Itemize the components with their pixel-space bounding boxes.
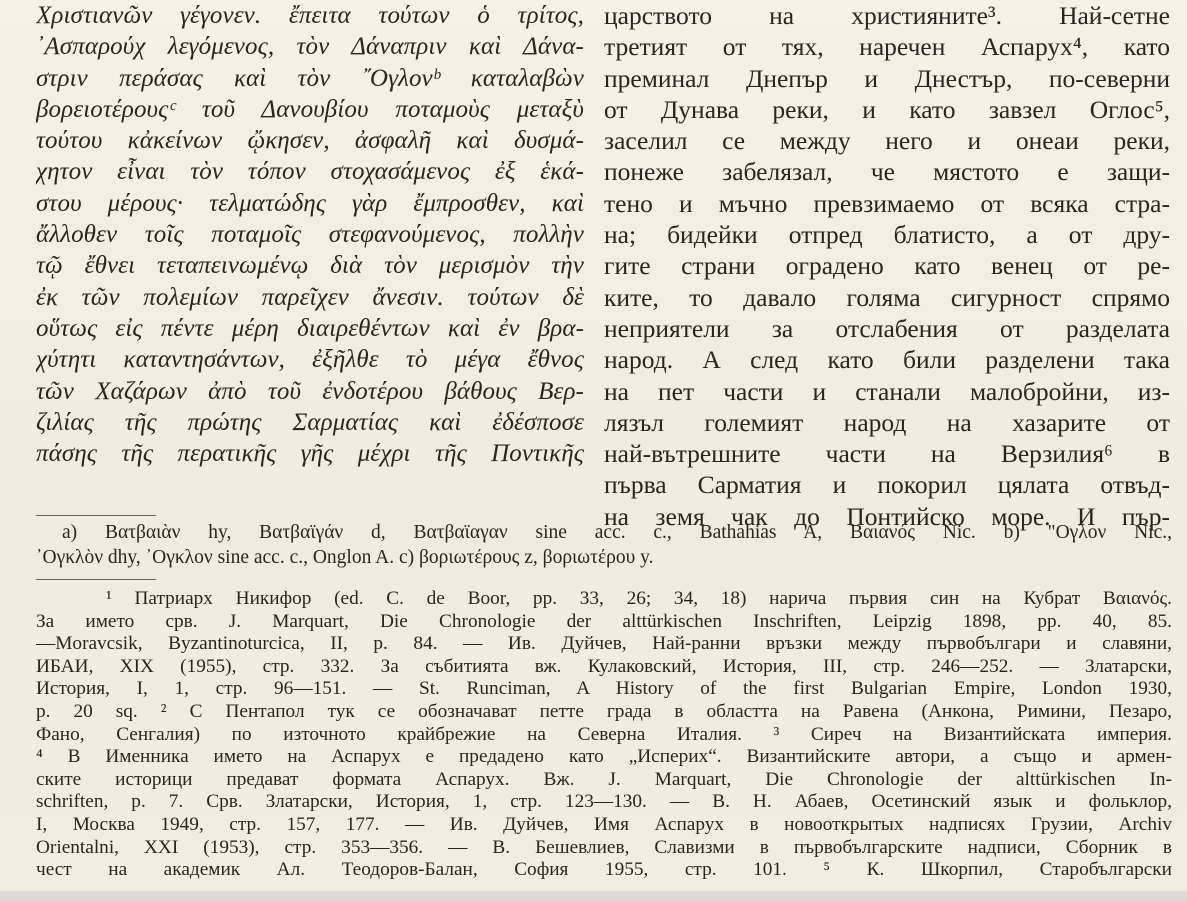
greek-line: τῷ ἔθνει τεταπεινωμένῳ διὰ τὸν μερισμὸν … [36,250,584,281]
greek-line: ἐκ τῶν πολεμίων παρεῖχεν ἄνεσιν. τούτων … [36,282,584,313]
greek-line: τούτου κἀκείνων ᾤκησεν, ἀσφαλῆ καὶ δυσμά… [36,125,584,156]
footnotes-divider [36,579,156,580]
apparatus-line: ᾿Ογκλὸν dhy, ᾿Ογκλον sine acc. c., Onglo… [36,545,1172,570]
footnote-line: История, I, 1, стр. 96—151. — St. Runcim… [36,678,1172,701]
footnote-line: чест на академик Ал. Теодоров-Балан, Соф… [36,859,1172,882]
greek-line: τῶν Χαζάρων ἀπὸ τοῦ ἐνδοτέρου βάθους Βερ… [36,376,584,407]
critical-apparatus: a) Βατβαιὰν hy, Βατβαϊγάν d, Βατβαϊαγαν … [36,520,1172,570]
scan-bottom-edge [0,891,1187,901]
footnote-line: ските историци предават формата Аспарух.… [36,769,1172,792]
bulgarian-line: понеже забелязал, че мястото е защи- [604,156,1170,187]
greek-line: ᾿Ασπαρούχ λεγόμενος, τὸν Δάναπριν καὶ Δά… [36,31,584,62]
bulgarian-line: лязъл големият народ на хазарите от [604,407,1170,438]
greek-text-column: Χριστιανῶν γέγονεν. ἔπειτα τούτων ὁ τρίτ… [36,0,584,469]
footnote-line: p. 20 sq. ² С Пентапол тук се обозначава… [36,701,1172,724]
greek-line: οὕτως εἰς πέντε μέρη διαιρεθέντων καὶ ἐν… [36,313,584,344]
bulgarian-line: ките, то давало голяма сигурност спрямо [604,282,1170,313]
greek-line: ἄλλοθεν τοῖς ποταμοῖς στεφανούμενος, πολ… [36,219,584,250]
bulgarian-line: царството на християните³. Най-сетне [604,0,1170,31]
bulgarian-line: народ. А след като били разделени така [604,344,1170,375]
greek-line: χητον εἶναι τὸν τόπον στοχασάμενος ἐξ ἑκ… [36,156,584,187]
footnote-line: За името срв. J. Marquart, Die Chronolog… [36,611,1172,634]
bulgarian-line: неприятели за отслабения от разделата [604,313,1170,344]
greek-line: χύτητι καταντησάντων, ἐξῆλθε τὸ μέγα ἔθν… [36,344,584,375]
greek-line: πάσης τῆς περατικῆς γῆς μέχρι τῆς Ποντικ… [36,438,584,469]
greek-line: Χριστιανῶν γέγονεν. ἔπειτα τούτων ὁ τρίτ… [36,0,584,31]
footnote-line: ¹ Патриарх Никифор (ed. C. de Boor, pp. … [36,588,1172,611]
bulgarian-line: третият от тях, наречен Аспарух⁴, като [604,31,1170,62]
bulgarian-line: първа Сарматия и покорил цялата отвъд- [604,469,1170,500]
greek-line: ζιλίας τῆς πρώτης Σαρματίας καὶ ἐδέσποσε [36,407,584,438]
bulgarian-line: на; бидейки отпред блатисто, а от дру- [604,219,1170,250]
footnote-line: Orientalni, XXI (1953), стр. 353—356. — … [36,837,1172,860]
bulgarian-line: от Дунава реки, и като завзел Оглос⁵, [604,94,1170,125]
bulgarian-line: преминал Днепър и Днестър, по-северни [604,63,1170,94]
bulgarian-line: на пет части и станали малобройни, из- [604,376,1170,407]
footnote-line: —Moravcsik, Byzantinoturcica, II, p. 84.… [36,633,1172,656]
greek-line: στριν περάσας καὶ τὸν ῎Ογλονᵇ καταλαβὼν [36,63,584,94]
bulgarian-translation-column: царството на християните³. Най-сетне тре… [604,0,1170,532]
bulgarian-line: заселил се между него и онеаи реки, [604,125,1170,156]
footnote-line: Фано, Сенгалия) по източното крайбрежие … [36,724,1172,747]
footnote-line: ИБАИ, XIX (1955), стр. 332. За събитията… [36,656,1172,679]
bulgarian-line: гите страни оградено като венец от ре- [604,250,1170,281]
greek-line: στου μέρους· τελματώδης γὰρ ἔμπροσθεν, κ… [36,188,584,219]
footnote-line: schriften, p. 7. Срв. Златарски, История… [36,791,1172,814]
bulgarian-line: тено и мъчно превзимаемо от всяка стра- [604,188,1170,219]
greek-line: βορειοτέρουςᶜ τοῦ Δανουβίου ποταμοὺς μετ… [36,94,584,125]
apparatus-line: a) Βατβαιὰν hy, Βατβαϊγάν d, Βατβαϊαγαν … [36,520,1172,545]
footnote-line: ⁴ В Именника името на Аспарух е предаден… [36,746,1172,769]
apparatus-divider [36,515,156,516]
bulgarian-line: най-вътрешните части на Верзилия⁶ в [604,438,1170,469]
book-page: Χριστιανῶν γέγονεν. ἔπειτα τούτων ὁ τρίτ… [0,0,1187,901]
footnotes: ¹ Патриарх Никифор (ed. C. de Boor, pp. … [36,588,1172,882]
footnote-line: I, Москва 1949, стр. 157, 177. — Ив. Дуй… [36,814,1172,837]
